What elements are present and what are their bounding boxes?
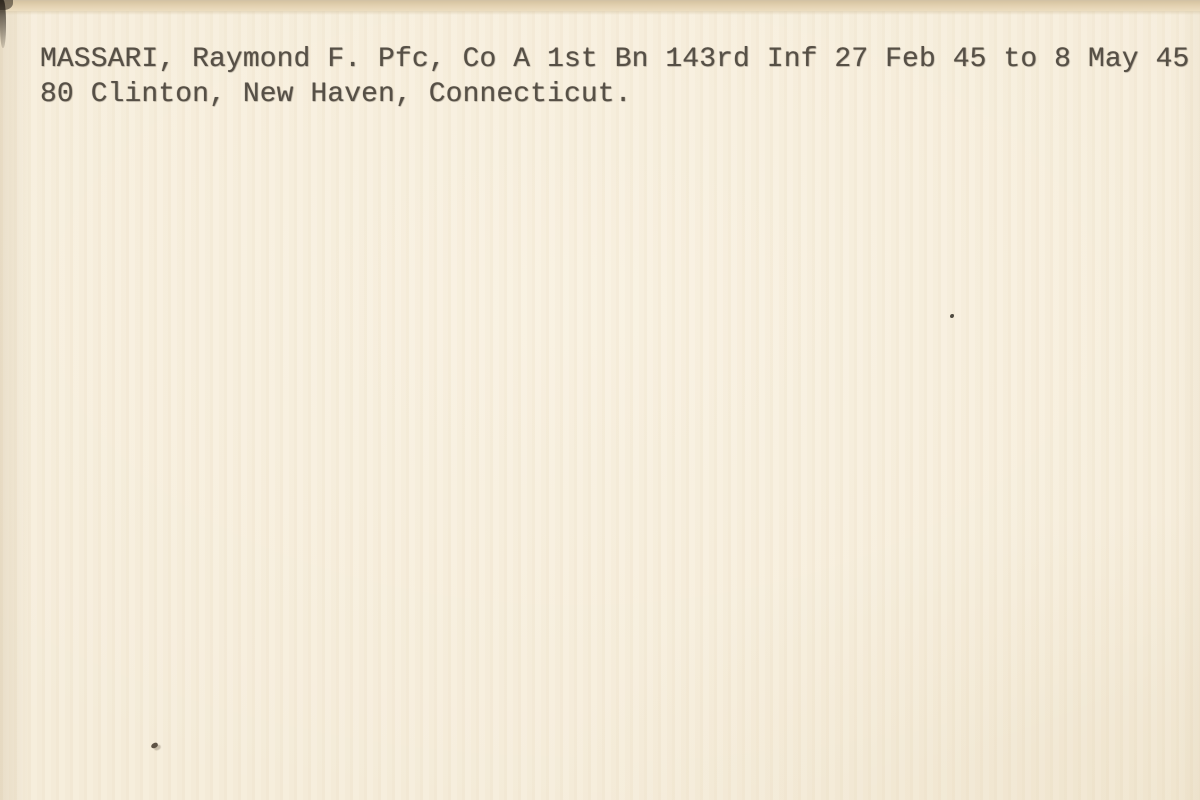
scan-edge-mark <box>0 0 6 48</box>
typed-line-2: 80 Clinton, New Haven, Connecticut. <box>40 77 1200 112</box>
index-card: MASSARI, Raymond F. Pfc, Co A 1st Bn 143… <box>0 0 1200 800</box>
paper-speck-1 <box>150 742 158 749</box>
typed-line-1: MASSARI, Raymond F. Pfc, Co A 1st Bn 143… <box>40 42 1200 77</box>
paper-speck-2 <box>950 314 954 318</box>
card-top-edge-shadow <box>0 0 1200 11</box>
typed-text-block: MASSARI, Raymond F. Pfc, Co A 1st Bn 143… <box>40 42 1200 112</box>
